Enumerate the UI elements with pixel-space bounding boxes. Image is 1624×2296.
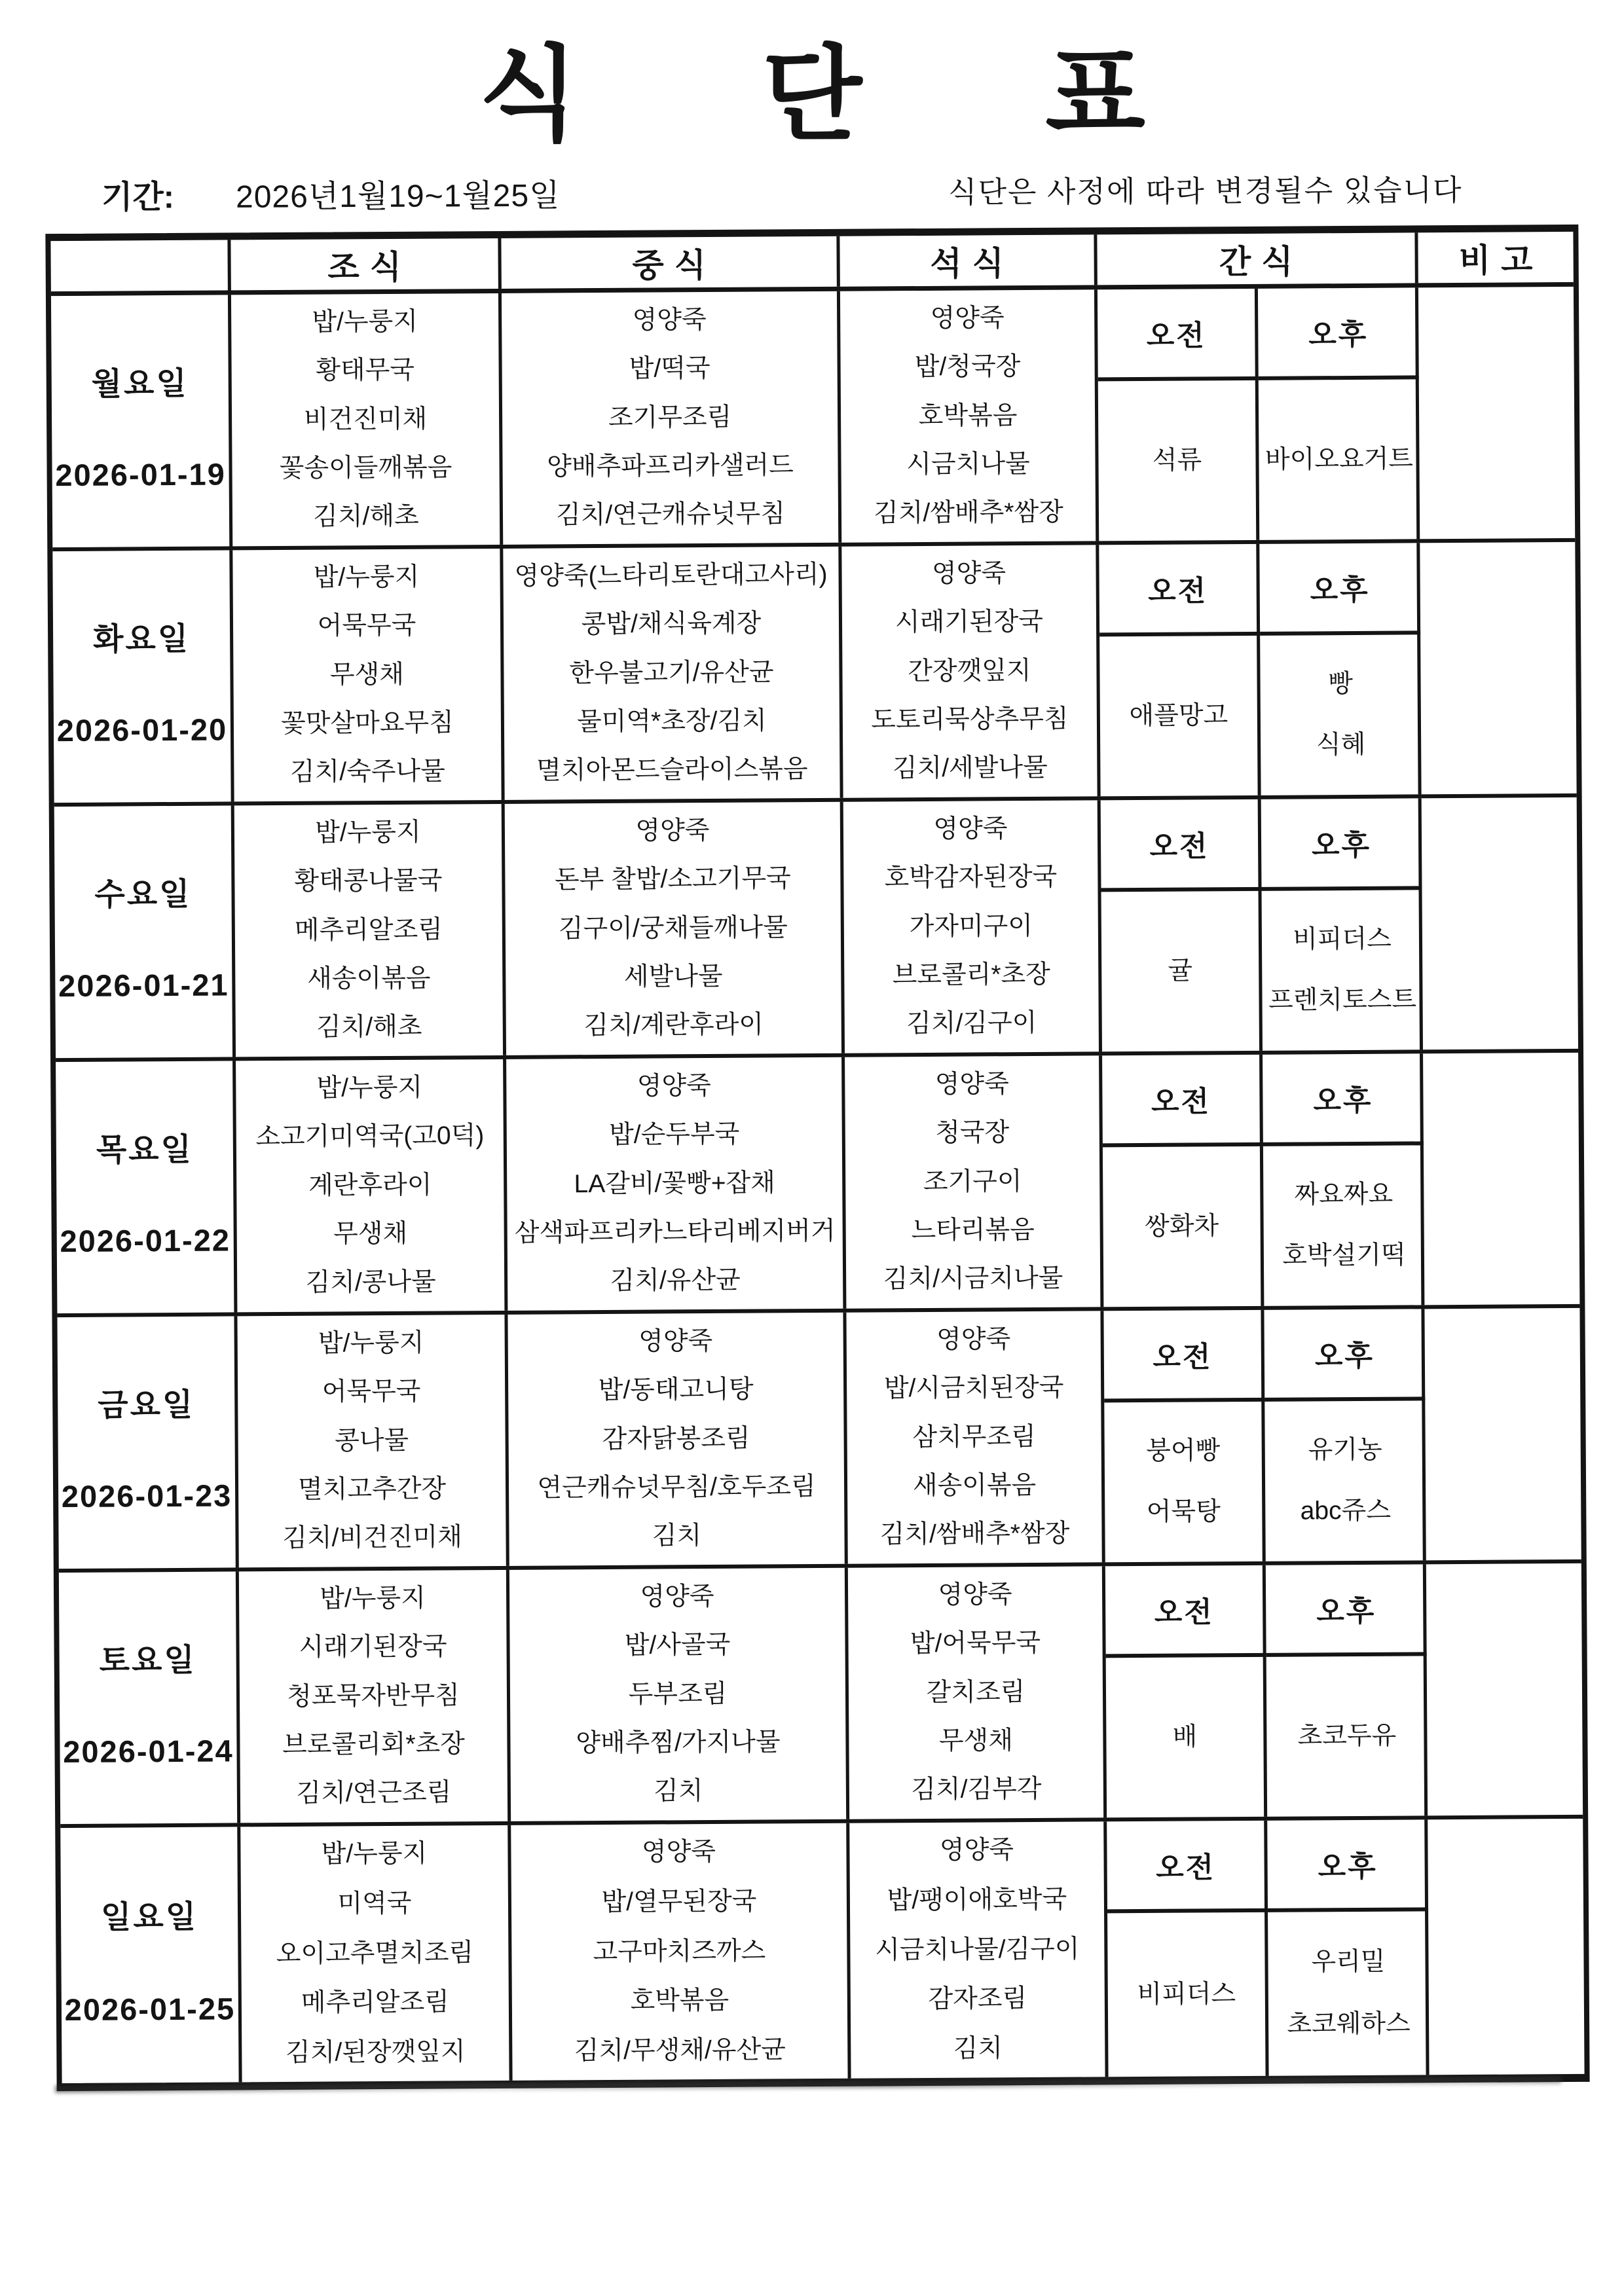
snack-am-header: 오전 [1102,1055,1263,1147]
dinner-cell: 영양죽시래기된장국간장깻잎지도토리묵상추무침김치/세발나물 [841,545,1100,797]
menu-item: 김구이/궁채들깨나물 [559,914,788,943]
menu-item: 김치/김구이 [906,1010,1037,1038]
menu-item: 시래기된장국 [299,1633,447,1662]
lunch-cell: 영양죽밥/순두부국LA갈비/꽃빵+잡채삼색파프리카느타리베지버거김치/유산균 [506,1057,846,1311]
day-name: 금요일 [58,1379,234,1425]
menu-item: 밥/누룽지 [312,308,418,337]
snack-am-header: 오전 [1103,1310,1264,1402]
menu-item: 프렌치토스트 [1268,986,1416,1016]
lunch-cell: 영양죽밥/떡국조기무조림양배추파프리카샐러드김치/연근캐슈넛무침 [502,291,841,545]
dinner-cell: 영양죽청국장조기구이느타리볶음김치/시금치나물 [845,1055,1103,1308]
day-date: 2026-01-25 [62,1990,238,2028]
menu-item: 새송이볶음 [307,965,431,994]
menu-item: 물미역*초장/김치 [577,707,767,737]
snack-am-header: 오전 [1098,289,1259,381]
period-row: 기간: 2026년1월19~1월25일 식단은 사정에 따라 변경될수 있습니다 [0,166,1624,212]
menu-item: 감자닭봉조림 [602,1425,750,1453]
menu-item: LA갈비/꽃빵+잡채 [574,1169,775,1199]
snack-cell: 오전 오후 쌍화차 짜요짜요호박설기떡 [1102,1053,1424,1307]
menu-item: 어묵탕 [1147,1498,1221,1528]
menu-item: 영양죽 [938,1581,1012,1610]
snack-cell: 오전 오후 석류 바이오요거트 [1098,287,1420,541]
remarks-cell [1424,1308,1581,1560]
day-cell: 화요일 2026-01-20 [52,550,234,803]
snack-pm-items: 비피더스프렌치토스트 [1262,890,1423,1050]
day-row: 수요일 2026-01-21 밥/누룽지황태콩나물국메추리알조림새송이볶음김치/… [54,797,1578,1062]
menu-item: 멸치아몬드슬라이스볶음 [536,756,808,785]
snack-pm-items: 초코두유 [1266,1656,1428,1816]
snack-am-items: 쌍화차 [1103,1146,1264,1307]
menu-item: 어묵무국 [318,612,416,641]
header-day-blank [50,240,231,291]
dinner-cell: 영양죽밥/시금치된장국삼치무조림새송이볶음김치/쌈배추*쌈장 [846,1311,1105,1563]
menu-item: 영양죽 [637,1072,711,1101]
menu-item: 김치 [953,2035,1003,2063]
day-cell: 목요일 2026-01-22 [56,1061,237,1313]
header-lunch: 중식 [501,236,840,289]
snack-am-items: 비피더스 [1107,1912,1269,2077]
menu-item: 빵 [1328,670,1353,699]
breakfast-cell: 밥/누룽지어묵무국무생채꽃맛살마요무침김치/숙주나물 [232,549,504,802]
menu-item: 밥/동태고니탕 [599,1376,754,1405]
snack-pm-header: 오후 [1259,543,1420,635]
snack-am-header: 오전 [1101,799,1262,892]
menu-item: 고구마치즈까스 [593,1937,766,1967]
day-row: 화요일 2026-01-20 밥/누룽지어묵무국무생채꽃맛살마요무침김치/숙주나… [52,542,1576,807]
menu-item: 소고기미역국(고0덕) [255,1122,484,1152]
menu-item: 김치/해초 [316,1013,422,1042]
snack-cell: 오전 오후 배 초코두유 [1105,1564,1428,1817]
menu-item: 비건진미채 [304,405,428,434]
snack-cell: 오전 오후 애플망고 빵식혜 [1099,543,1421,796]
day-date: 2026-01-20 [54,711,231,748]
day-cell: 토요일 2026-01-24 [59,1571,240,1824]
menu-item: 초코두유 [1297,1721,1396,1751]
menu-item: 김치/김부각 [911,1776,1041,1804]
menu-item: 김치/해초 [313,503,419,532]
menu-item: 메추리알조림 [295,916,443,945]
day-name: 화요일 [53,613,230,659]
snack-pm-header: 오후 [1263,1053,1424,1146]
day-rows-container: 월요일 2026-01-19 밥/누룽지황태무국비건진미채꽃송이들깨볶음김치/해… [51,287,1585,2083]
menu-item: 밥/누룽지 [315,818,421,847]
menu-item: 배 [1172,1722,1197,1752]
menu-item: 간장깻잎지 [908,657,1031,686]
menu-item: 한우불고기/유산균 [569,659,773,688]
header-snack: 간식 [1097,232,1418,285]
menu-item: 영양죽 [638,1328,712,1357]
menu-item: 밥/떡국 [629,355,710,384]
menu-item: 밥/누룽지 [314,563,420,592]
menu-item: 브로콜리회*초장 [282,1730,465,1760]
day-row: 금요일 2026-01-23 밥/누룽지어묵무국콩나물멸치고추간장김치/비건진미… [57,1308,1581,1573]
menu-table: 조식 중식 석식 간식 비고 월요일 2026-01-19 밥/누룽지황태무국비… [45,225,1589,2091]
day-row: 월요일 2026-01-19 밥/누룽지황태무국비건진미채꽃송이들깨볶음김치/해… [51,287,1575,551]
menu-item: 밥/시금치된장국 [884,1374,1064,1404]
menu-item: 두부조림 [629,1680,728,1709]
menu-item: 양배추파프리카샐러드 [547,452,794,481]
menu-item: 김치/쌈배추*쌈장 [880,1520,1070,1550]
menu-item: 우리밀 [1311,1947,1385,1977]
menu-item: 청국장 [935,1119,1009,1148]
menu-item: 시금치나물/김구이 [875,1935,1079,1965]
menu-item: 영양죽 [633,306,707,335]
menu-item: 세발나물 [624,963,723,992]
menu-item: 밥/청국장 [915,353,1021,382]
snack-pm-header: 오후 [1261,798,1422,890]
remarks-cell [1418,287,1575,539]
day-name: 목요일 [56,1123,233,1170]
menu-item: 시금치나물 [906,450,1030,479]
menu-item: 무생채 [939,1727,1013,1756]
menu-item: 밥/순두부국 [609,1121,739,1150]
header-remarks: 비고 [1418,232,1573,283]
menu-item: 무생채 [333,1220,407,1249]
menu-item: 영양죽 [933,815,1007,844]
menu-item: 식혜 [1316,731,1366,760]
breakfast-cell: 밥/누룽지소고기미역국(고0덕)계란후라이무생채김치/콩나물 [236,1059,507,1313]
menu-item: 조기무조림 [608,403,732,432]
menu-item: 짜요짜요 [1294,1180,1393,1210]
page-title: 식단표 [0,12,1624,160]
menu-item: 밥/누룽지 [322,1840,428,1869]
day-row: 일요일 2026-01-25 밥/누룽지미역국오이고추멸치조림메추리알조림김치/… [60,1819,1584,2083]
menu-item: 양배추찜/가지나물 [576,1728,780,1758]
day-date: 2026-01-22 [57,1222,234,1259]
menu-item: 영양죽 [640,1583,714,1612]
menu-item: 삼색파프리카느타리베지버거 [515,1218,836,1248]
menu-item: 김치/시금치나물 [883,1265,1063,1294]
snack-pm-header: 오후 [1267,1819,1428,1912]
snack-am-header: 오전 [1105,1565,1266,1658]
remarks-cell [1428,1819,1584,2075]
snack-am-items: 귤 [1101,891,1263,1051]
menu-item: 밥/열무된장국 [601,1888,756,1917]
menu-item: 호박볶음 [919,402,1018,431]
breakfast-cell: 밥/누룽지미역국오이고추멸치조림메추리알조림김치/된장깻잎지 [240,1825,512,2083]
menu-item: 돈부 찰밥/소고기무국 [555,865,791,894]
menu-item: 영양죽 [932,560,1006,589]
snack-pm-items: 빵식혜 [1260,634,1421,795]
dinner-cell: 영양죽호박감자된장국가자미구이브로콜리*초장김치/김구이 [843,800,1102,1053]
snack-cell: 오전 오후 붕어빵어묵탕 유기농abc쥬스 [1103,1309,1426,1562]
day-cell: 월요일 2026-01-19 [51,295,232,547]
lunch-cell: 영양죽밥/동태고니탕감자닭봉조림연근캐슈넛무침/호두조림김치 [507,1313,847,1566]
period-value: 2026년1월19~1월25일 [236,170,561,217]
header-breakfast: 조식 [231,238,501,291]
menu-item: 비피더스 [1137,1980,1236,2010]
snack-cell: 오전 오후 귤 비피더스프렌치토스트 [1101,798,1423,1051]
menu-item: 꽃맛살마요무침 [281,709,454,738]
menu-item: 밥/어묵무국 [910,1630,1041,1658]
menu-item: 황태콩나물국 [294,867,442,896]
menu-item: 김치/된장깻잎지 [286,2038,466,2068]
menu-item: 김치/비건진미채 [282,1524,462,1554]
breakfast-cell: 밥/누룽지황태콩나물국메추리알조림새송이볶음김치/해초 [234,804,506,1057]
day-date: 2026-01-19 [52,456,229,493]
menu-item: 콩밥/채식육계장 [581,610,762,640]
dinner-cell: 영양죽밥/팽이애호박국시금치나물/김구이감자조림김치 [849,1821,1108,2078]
menu-item: 오이고추멸치조림 [276,1939,474,1969]
snack-cell: 오전 오후 비피더스 우리밀초코웨하스 [1107,1819,1429,2077]
period-label: 기간: [101,172,174,217]
menu-item: 쌍화차 [1145,1212,1219,1242]
menu-item: 무생채 [330,661,404,689]
snack-am-header: 오전 [1099,544,1260,636]
menu-item: 김치 [654,1777,703,1806]
day-name: 수요일 [54,868,231,915]
menu-item: 밥/누룽지 [320,1584,426,1613]
menu-item: 조기구이 [923,1168,1022,1197]
dinner-cell: 영양죽밥/어묵무국갈치조림무생채김치/김부각 [848,1566,1107,1819]
menu-item: 밥/누룽지 [316,1074,422,1102]
snack-pm-header: 오후 [1266,1564,1427,1656]
menu-item: 도토리묵상추무침 [871,706,1069,735]
day-row: 목요일 2026-01-22 밥/누룽지소고기미역국(고0덕)계란후라이무생채김… [56,1053,1579,1317]
menu-item: 영양죽 [935,1070,1009,1099]
menu-item: 새송이볶음 [913,1472,1037,1501]
menu-item: 영양죽 [931,304,1005,333]
breakfast-cell: 밥/누룽지황태무국비건진미채꽃송이들깨볶음김치/해초 [231,293,503,547]
menu-item: 영양죽 [940,1837,1014,1866]
menu-item: 김치/연근캐슈넛무침 [556,501,785,530]
menu-item: 꽃송이들깨볶음 [280,454,452,483]
day-date: 2026-01-24 [60,1732,236,1770]
day-name: 일요일 [61,1891,238,1937]
menu-item: 호박감자된장국 [884,864,1057,893]
menu-item: 김치/연근조림 [296,1779,451,1808]
menu-item: 브로콜리*초장 [893,961,1050,990]
snack-pm-items: 유기농abc쥬스 [1264,1400,1426,1561]
menu-item: 어묵무국 [322,1378,421,1407]
day-name: 월요일 [52,357,229,404]
menu-item: 유기농 [1308,1436,1382,1466]
menu-item: 호박설기떡 [1282,1241,1406,1271]
menu-item: 김치/숙주나물 [290,758,445,787]
menu-item: 미역국 [337,1890,411,1919]
remarks-cell [1423,1053,1579,1305]
menu-item: 김치/유산균 [610,1267,740,1296]
menu-item: 연근캐슈넛무침/호두조림 [537,1473,816,1503]
breakfast-cell: 밥/누룽지어묵무국콩나물멸치고추간장김치/비건진미채 [237,1315,509,1568]
menu-item: 황태무국 [316,357,415,386]
menu-item: 김치/세발나물 [893,754,1048,783]
menu-item: 영양죽 [635,817,709,846]
remarks-cell [1426,1563,1583,1815]
meal-plan-document: 식단표 기간: 2026년1월19~1월25일 식단은 사정에 따라 변경될수 … [0,0,1624,2296]
menu-item: 갈치조림 [927,1679,1025,1707]
snack-pm-header: 오후 [1258,287,1419,380]
menu-item: 멸치고추간장 [298,1475,446,1504]
lunch-cell: 영양죽(느타리토란대고사리)콩밥/채식육계장한우불고기/유산균물미역*초장/김치… [503,547,843,800]
menu-item: 가자미구이 [910,913,1033,941]
menu-item: 석류 [1153,446,1202,475]
lunch-cell: 영양죽돈부 찰밥/소고기무국김구이/궁채들깨나물세발나물김치/계란후라이 [505,802,845,1055]
snack-am-items: 애플망고 [1099,636,1261,796]
menu-item: 밥/사골국 [625,1631,731,1660]
menu-item: 영양죽(느타리토란대고사리) [514,561,827,591]
menu-item: 김치/콩나물 [305,1269,435,1298]
lunch-cell: 영양죽밥/열무된장국고구마치즈까스호박볶음김치/무생채/유산균 [511,1823,851,2081]
menu-change-notice: 식단은 사정에 따라 변경될수 있습니다 [948,166,1463,211]
day-cell: 수요일 2026-01-21 [54,805,236,1058]
day-name: 토요일 [59,1634,236,1681]
menu-item: abc쥬스 [1301,1497,1392,1527]
snack-am-items: 배 [1106,1657,1267,1817]
menu-item: 계란후라이 [308,1171,432,1200]
menu-item: 감자조림 [928,1985,1027,2014]
menu-item: 메추리알조림 [301,1989,449,2018]
menu-item: 비피더스 [1293,924,1392,955]
menu-item: 김치/쌈배추*쌈장 [874,499,1063,528]
lunch-cell: 영양죽밥/사골국두부조림양배추찜/가지나물김치 [509,1568,849,1821]
menu-item: 붕어빵 [1146,1436,1220,1467]
menu-item: 김치 [652,1522,702,1550]
menu-item: 삼치무조림 [912,1423,1036,1452]
snack-pm-items: 짜요짜요호박설기떡 [1263,1145,1424,1305]
remarks-cell [1420,542,1576,794]
menu-item: 청포묵자반무침 [287,1682,460,1711]
snack-am-items: 석류 [1098,380,1259,541]
snack-pm-header: 오후 [1264,1309,1425,1401]
menu-item: 초코웨하스 [1287,2010,1411,2040]
table-header-row: 조식 중식 석식 간식 비고 [50,232,1573,296]
menu-item: 밥/팽이애호박국 [887,1886,1067,1916]
menu-item: 영양죽 [642,1838,716,1867]
menu-item: 영양죽 [936,1326,1010,1355]
menu-item: 콩나물 [335,1427,409,1455]
breakfast-cell: 밥/누룽지시래기된장국청포묵자반무침브로콜리회*초장김치/연근조림 [239,1570,511,1823]
menu-item: 느타리볶음 [911,1216,1035,1245]
remarks-cell [1422,797,1578,1049]
snack-am-header: 오전 [1107,1821,1268,1913]
snack-pm-items: 바이오요거트 [1259,379,1420,539]
dinner-cell: 영양죽밥/청국장호박볶음시금치나물김치/쌈배추*쌈장 [840,289,1099,542]
menu-item: 바이오요거트 [1265,445,1413,475]
menu-item: 애플망고 [1129,701,1228,731]
menu-item: 귤 [1168,957,1192,986]
snack-pm-items: 우리밀초코웨하스 [1268,1911,1430,2075]
day-date: 2026-01-23 [58,1477,235,1514]
menu-item: 김치/계란후라이 [583,1011,764,1041]
day-cell: 일요일 2026-01-25 [60,1827,242,2083]
header-dinner: 석식 [840,234,1097,286]
snack-am-items: 붕어빵어묵탕 [1104,1402,1265,1562]
menu-item: 시래기된장국 [895,608,1043,637]
day-date: 2026-01-21 [55,966,232,1004]
menu-item: 밥/누룽지 [318,1329,424,1358]
day-cell: 금요일 2026-01-23 [57,1316,238,1569]
menu-item: 호박볶음 [630,1987,729,2016]
menu-item: 김치/무생채/유산균 [574,2036,786,2066]
day-row: 토요일 2026-01-24 밥/누룽지시래기된장국청포묵자반무침브로콜리회*초… [59,1563,1583,1828]
